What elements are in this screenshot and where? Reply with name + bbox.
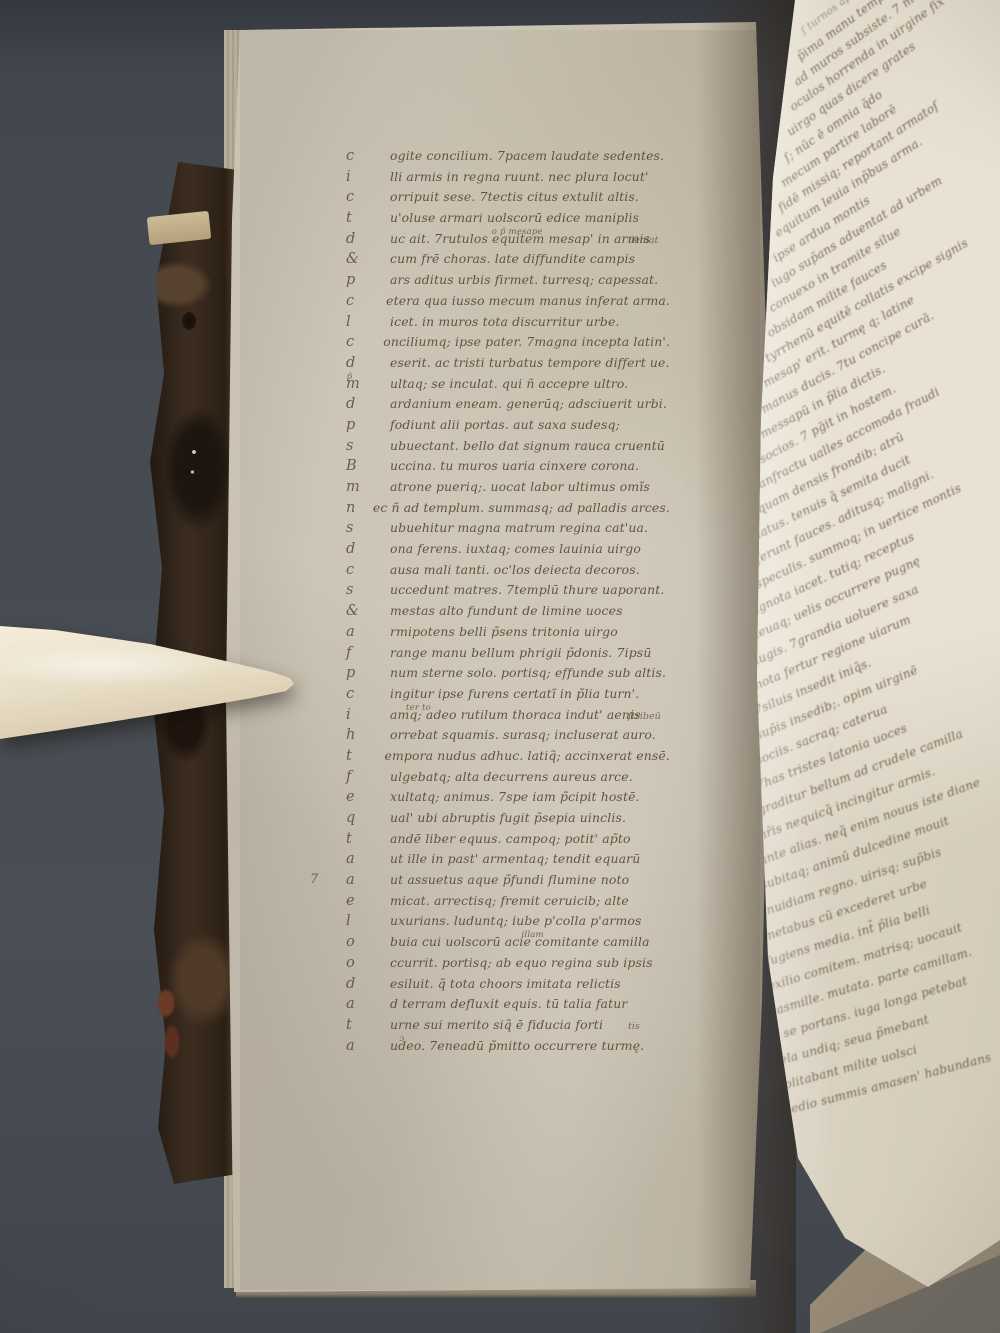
verse-text: buia cui uolscorū acie comitante camilla xyxy=(390,932,650,953)
manuscript-line: subuehitur magna matrum regina cat'ua. xyxy=(340,518,670,539)
recto-line-fragment: quam densis frondib; atrū xyxy=(754,429,905,516)
verse-initial: d xyxy=(340,229,382,250)
interlinear-gloss: ɔ xyxy=(399,1029,404,1050)
verse-initial: n xyxy=(340,498,365,519)
verse-initial: o xyxy=(340,932,382,953)
manuscript-line: Buccina. tu muros uaria cinxere corona. xyxy=(340,456,670,477)
interlinear-gloss: ter to xyxy=(406,698,431,719)
verse-initial: t xyxy=(340,746,377,767)
manuscript-line: corripuit sese. 7tectis citus extulit al… xyxy=(340,187,670,208)
recto-line-fragment: messapū in p̃lia dictis. xyxy=(758,361,888,441)
recto-line-fragment: socios. 7 pḡit in hostem. xyxy=(756,381,897,465)
recto-line-fragment: nr̃is nequicq̃ incingitur armis. xyxy=(756,765,936,843)
recto-line-fragment: ipse ardua montis xyxy=(770,193,872,265)
verse-text: fodiunt alii portas. aut saxa sudesq; xyxy=(390,415,620,436)
verse-initial: t xyxy=(340,829,382,850)
verse-text: ubuectant. bello dat signum rauca cruent… xyxy=(390,436,665,457)
recto-line-fragment: iugo sup̃ans aduentat ad urbem xyxy=(768,173,944,290)
manuscript-line: &mestas alto fundunt de limine uoces xyxy=(340,601,670,622)
verse-text: cum frē choras. late diffundite campis xyxy=(390,249,635,270)
verse-initial: c xyxy=(340,684,382,705)
spine-specks xyxy=(190,448,198,488)
verse-initial: a xyxy=(340,870,382,891)
verse-text: ccurrit. portisq; ab equo regina sub ips… xyxy=(390,953,653,974)
recto-line-fragment: exilio comitem. matrisq; uocauit xyxy=(766,920,964,993)
recto-line-fragment: speculis. summoq; in uertice montis xyxy=(753,481,964,591)
manuscript-line: succedunt matres. 7templū thure uaporant… xyxy=(340,580,670,601)
verse-text: atrone pueriq;. uocat labor ultimus omĩs xyxy=(390,477,650,498)
manuscript-line: emicat. arrectisq; fremit ceruicib; alte xyxy=(340,891,670,912)
recto-line-fragment: fidē missiq; reportant armatoſ xyxy=(775,99,941,215)
verse-initial: s xyxy=(340,580,382,601)
verse-text: eserit. ac tristi turbatus tempore diffe… xyxy=(390,353,670,374)
recto-line-fragment: fugiens media. int̃ p̃lia belli xyxy=(764,903,932,969)
manuscript-line: cogite concilium. 7pacem laudate sedente… xyxy=(340,146,670,167)
manuscript-line: aut ille in past' armentaq; tendit equar… xyxy=(340,849,670,870)
verse-text: d terram defluxit equis. tū talia fatur xyxy=(390,994,627,1015)
manuscript-line: tempora nudus adhuc. latiq̃; accinxerat … xyxy=(340,746,670,767)
verse-initial: f xyxy=(340,643,382,664)
recto-line-fragment: subitaq; animū dulcedine mouit xyxy=(759,814,951,893)
recto-line-fragment: tela undiq; seua p̃mebant xyxy=(773,1012,930,1069)
manuscript-line: luxurians. luduntq; iube p'colla p'armos xyxy=(340,911,670,932)
manuscript-line: qual' ubi abruptis fugit p̃sepia uinclis… xyxy=(340,808,670,829)
recto-line-fragment: casmille. mutata. parte camillam. xyxy=(768,945,974,1019)
manuscript-line: licet. in muros tota discurritur urbe. xyxy=(340,312,670,333)
verse-initial: e xyxy=(340,787,382,808)
manuscript-line: audeo. 7eneadū p̃mitto occurrere turmę.ɔ xyxy=(340,1036,670,1057)
marginal-gloss: ueniat xyxy=(628,231,658,252)
verse-text: range manu bellum phrigii p̃donis. 7ipsū xyxy=(390,643,651,664)
verse-text: icet. in muros tota discurritur urbe. xyxy=(390,312,620,333)
recto-line-fragment: graditur bellum ad crudele camilla xyxy=(755,727,964,818)
verse-initial: i xyxy=(340,705,382,726)
verse-initial: a xyxy=(340,849,382,870)
manuscript-line: illi armis in regna ruunt. nec plura loc… xyxy=(340,167,670,188)
verse-text: mestas alto fundunt de limine uoces xyxy=(390,601,623,622)
bone-folder-blade xyxy=(0,612,300,752)
recto-line-fragment: conuexo in tramite silue xyxy=(766,224,903,315)
manuscript-line: dona ferens. iuxtaq; comes lauinia uirgo xyxy=(340,539,670,560)
verse-initial: s xyxy=(340,436,382,457)
verse-initial: a xyxy=(340,622,382,643)
verse-initial: q xyxy=(340,808,382,829)
verse-initial: d xyxy=(340,539,382,560)
verse-initial: h xyxy=(340,725,382,746)
verse-initial: i xyxy=(340,167,382,188)
recto-line-fragment: uirgo quas dicere grates xyxy=(784,39,918,139)
manuscript-line: desiluit. q̃ tota choors imitata relicti… xyxy=(340,974,670,995)
verse-initial: c xyxy=(340,332,375,353)
verse-text: ausa mali tanti. oc'los deiecta decoros. xyxy=(390,560,640,581)
manuscript-line: ad terram defluxit equis. tū talia fatur xyxy=(340,994,670,1015)
verse-initial: d xyxy=(340,974,382,995)
left-page-text: cogite concilium. 7pacem laudate sedente… xyxy=(340,146,670,1056)
interlinear-gloss: o p̃ mesape xyxy=(492,222,543,243)
recto-line-fragment: ſ; nūc ē omnia q̃do xyxy=(781,87,885,164)
manuscript-line: obuia cui uolscorū acie comitante camill… xyxy=(340,932,670,953)
verse-initial: B xyxy=(340,456,382,477)
recto-line-fragment: ignota iacet. tutiq; receptus xyxy=(752,530,917,617)
verse-text: urne sui merito siq̃ ē fiducia forti xyxy=(390,1015,603,1036)
interlinear-gloss: illam xyxy=(522,925,544,946)
manuscript-line: pnum sterne solo. portisq; effunde sub a… xyxy=(340,663,670,684)
verse-text: uxurians. luduntq; iube p'colla p'armos xyxy=(390,911,642,932)
margin-correction-mark: 7 xyxy=(310,870,318,891)
recto-line-fragment: mesap' erit. turmę q; latine xyxy=(760,293,916,390)
verse-initial: l xyxy=(340,911,382,932)
recto-line-fragment: manus ducis. 7tu concipe curā. xyxy=(759,308,937,416)
verse-initial: p xyxy=(340,663,382,684)
verse-text: ulgebatq; alta decurrens aureus arce. xyxy=(390,767,633,788)
verse-text: udeo. 7eneadū p̃mitto occurrere turmę. xyxy=(390,1036,644,1057)
recto-header-note: ſ turnos apicē uirtutis cont̄ xyxy=(798,0,923,37)
verse-initial: d xyxy=(340,394,382,415)
verse-text: esiluit. q̃ tota choors imitata relictis xyxy=(390,974,621,995)
verse-initial: m xyxy=(340,477,382,498)
recto-line-fragment: tyrrhenū equitē collatis excipe signis xyxy=(762,236,970,365)
verse-initial: e xyxy=(340,891,382,912)
manuscript-photo: cogite concilium. 7pacem laudate sedente… xyxy=(0,0,1000,1333)
manuscript-line: dardanium eneam. generūq; adsciuerit urb… xyxy=(340,394,670,415)
manuscript-line: cingitur ipse furens certatĩ in p̃lia tu… xyxy=(340,684,670,705)
verse-text: lli armis in regna ruunt. nec plura locu… xyxy=(390,167,649,188)
manuscript-line: conciliumq; ipse pater. 7magna incepta l… xyxy=(340,332,670,353)
recto-line-fragment: iugis. 7grandia uoluere saxa xyxy=(752,582,921,667)
manuscript-line: occurrit. portisq; ab equo regina sub ip… xyxy=(340,953,670,974)
verse-text: ual' ubi abruptis fugit p̃sepia uinclis. xyxy=(390,808,626,829)
manuscript-line: iamq; adeo rutilum thoraca indut' aenist… xyxy=(340,705,670,726)
manuscript-line: tandē liber equus. campoq; potit' ap̃to xyxy=(340,829,670,850)
verse-initial: p xyxy=(340,270,382,291)
recto-line-fragment: ad muros subsiste. 7 moenia serua. xyxy=(790,0,978,89)
verse-initial: s xyxy=(340,518,382,539)
verse-initial: t xyxy=(340,208,382,229)
manuscript-line: deserit. ac tristi turbatus tempore diff… xyxy=(340,353,670,374)
verse-text: num sterne solo. portisq; effunde sub al… xyxy=(390,663,666,684)
verse-text: andē liber equus. campoq; potit' ap̃to xyxy=(390,829,631,850)
verse-initial: c xyxy=(340,187,382,208)
verse-text: ut assuetus aque p̃fundi flumine noto xyxy=(390,870,629,891)
manuscript-line: causa mali tanti. oc'los deiecta decoros… xyxy=(340,560,670,581)
recto-line-fragment: ferunt fauces. aditusq; maligni. xyxy=(753,467,936,566)
recto-line-fragment: anfractu ualles accomoda fraudi xyxy=(755,385,941,491)
manuscript-line: matrone pueriq;. uocat labor ultimus omĩ… xyxy=(340,477,670,498)
recto-line-fragment: uolitabant milite uolsci xyxy=(775,1043,918,1094)
recto-line-fragment: metabus cū excederet urbe xyxy=(762,876,929,943)
verse-text: xultatq; animus. 7spe iam p̃cipit hostē. xyxy=(390,787,640,808)
verse-initial: a xyxy=(340,994,382,1015)
verse-initial: t xyxy=(340,1015,382,1036)
manuscript-line: pfodiunt alii portas. aut saxa sudesq; xyxy=(340,415,670,436)
recto-line-fragment: oculos horrenda in uirgine fix' xyxy=(787,0,950,114)
recto-line-fragment: obsidam milite fauces xyxy=(764,258,889,340)
marginal-gloss: ſtribeū xyxy=(628,707,661,728)
verse-initial: & xyxy=(340,249,382,270)
verse-text: onciliumq; ipse pater. 7magna incepta la… xyxy=(383,332,670,353)
marginal-gloss: tis xyxy=(628,1017,640,1038)
manuscript-line: subuectant. bello dat signum rauca cruen… xyxy=(340,436,670,457)
verse-initial: o xyxy=(340,953,382,974)
verse-text: ardanium eneam. generūq; adsciuerit urbi… xyxy=(390,394,667,415)
manuscript-line: nec ñ ad templum. summasq; ad palladis a… xyxy=(340,498,670,519)
manuscript-line: armipotens belli p̃sens tritonia uirgo xyxy=(340,622,670,643)
verse-initial: c xyxy=(340,146,382,167)
verse-text: orrebat squamis. surasq; incluserat auro… xyxy=(390,725,656,746)
verse-text: ultaq; se inculat. qui ñ accepre ultro. xyxy=(390,374,628,395)
manuscript-line: pars aditus urbis firmet. turresq; capes… xyxy=(340,270,670,291)
verse-initial: c xyxy=(340,291,378,312)
recto-line-fragment: inuidiam regno. uirisq; sup̃bis xyxy=(761,844,943,918)
manuscript-line: turne sui merito siq̃ ē fiducia fortitis xyxy=(340,1015,670,1036)
verse-text: uccedunt matres. 7templū thure uaporant. xyxy=(390,580,664,601)
recto-line-fragment: equitum leuia inp̃bus arma. xyxy=(773,134,926,239)
verse-text: empora nudus adhuc. latiq̃; accinxerat e… xyxy=(385,746,670,767)
recto-line-fragment: 7siluis insedit iniq̃s. xyxy=(753,655,874,717)
recto-line-fragment: mecum partire laborē xyxy=(778,102,899,190)
manuscript-line: &cum frē choras. late diffundite campis xyxy=(340,249,670,270)
verse-text: ec ñ ad templum. summasq; ad palladis ar… xyxy=(373,498,670,519)
verse-initial: & xyxy=(340,601,382,622)
verse-text: rmipotens belli p̃sens tritonia uirgo xyxy=(390,622,618,643)
manuscript-line: exultatq; animus. 7spe iam p̃cipit hostē… xyxy=(340,787,670,808)
verse-initial: p xyxy=(340,415,382,436)
verse-initial: l xyxy=(340,312,382,333)
spine-frayed-leather xyxy=(150,986,190,1072)
verse-text: ogite concilium. 7pacem laudate sedentes… xyxy=(390,146,664,167)
verse-text: ubuehitur magna matrum regina cat'ua. xyxy=(390,518,648,539)
verse-initial: c xyxy=(340,560,382,581)
manuscript-line: horrebat squamis. surasq; incluserat aur… xyxy=(340,725,670,746)
recto-line-fragment: 7has tristes latonia uoces xyxy=(754,721,909,793)
manuscript-line: frange manu bellum phrigii p̃donis. 7ips… xyxy=(340,643,670,664)
manuscript-line: cetera qua iusso mecum manus inferat arm… xyxy=(340,291,670,312)
spine-wormhole xyxy=(182,312,196,330)
bone-folder-tool[interactable] xyxy=(0,612,300,752)
recto-line-fragment: nota fertur regione uiarum xyxy=(752,612,913,692)
interlinear-gloss: p̃ xyxy=(347,367,353,388)
verse-initial: a xyxy=(340,1036,382,1057)
verse-text: uccina. tu muros uaria cinxere corona. xyxy=(390,456,639,477)
recto-line-fragment: medio summis amasen' habundans xyxy=(778,1050,992,1119)
verse-text: micat. arrectisq; fremit ceruicib; alte xyxy=(390,891,629,912)
verse-text: etera qua iusso mecum manus inferat arma… xyxy=(386,291,670,312)
verse-text: orripuit sese. 7tectis citus extulit alt… xyxy=(390,187,639,208)
manuscript-line: duc ait. 7rutulos equitem mesap' in armi… xyxy=(340,229,670,250)
recto-line-fragment: leuaq; uelis occurrere pugnę xyxy=(752,554,922,642)
verse-text: ars aditus urbis firmet. turresq; capess… xyxy=(390,270,658,291)
manuscript-line: multaq; se inculat. qui ñ accepre ultro.… xyxy=(340,374,670,395)
recto-line-fragment: sup̃is insedib;. opim uirginē xyxy=(753,663,919,742)
recto-line-fragment: p̃ se portans. iuga longa petebat xyxy=(770,974,969,1044)
recto-line-fragment: ante alias. neq̃ enim nouus iste diane xyxy=(758,775,982,867)
manuscript-line: 7aut assuetus aque p̃fundi flumine noto xyxy=(340,870,670,891)
recto-line-fragment: sociis. sacraq; caterua xyxy=(754,702,890,768)
manuscript-line: fulgebatq; alta decurrens aureus arce. xyxy=(340,767,670,788)
verse-initial: f xyxy=(340,767,382,788)
recto-line-fragment: latus. tenuis q̃ semita ducit xyxy=(754,452,913,541)
recto-line-fragment: p̃ima manu temptare pericula belli. xyxy=(794,0,981,64)
verse-text: ut ille in past' armentaq; tendit equarū xyxy=(390,849,640,870)
verse-text: ona ferens. iuxtaq; comes lauinia uirgo xyxy=(390,539,641,560)
